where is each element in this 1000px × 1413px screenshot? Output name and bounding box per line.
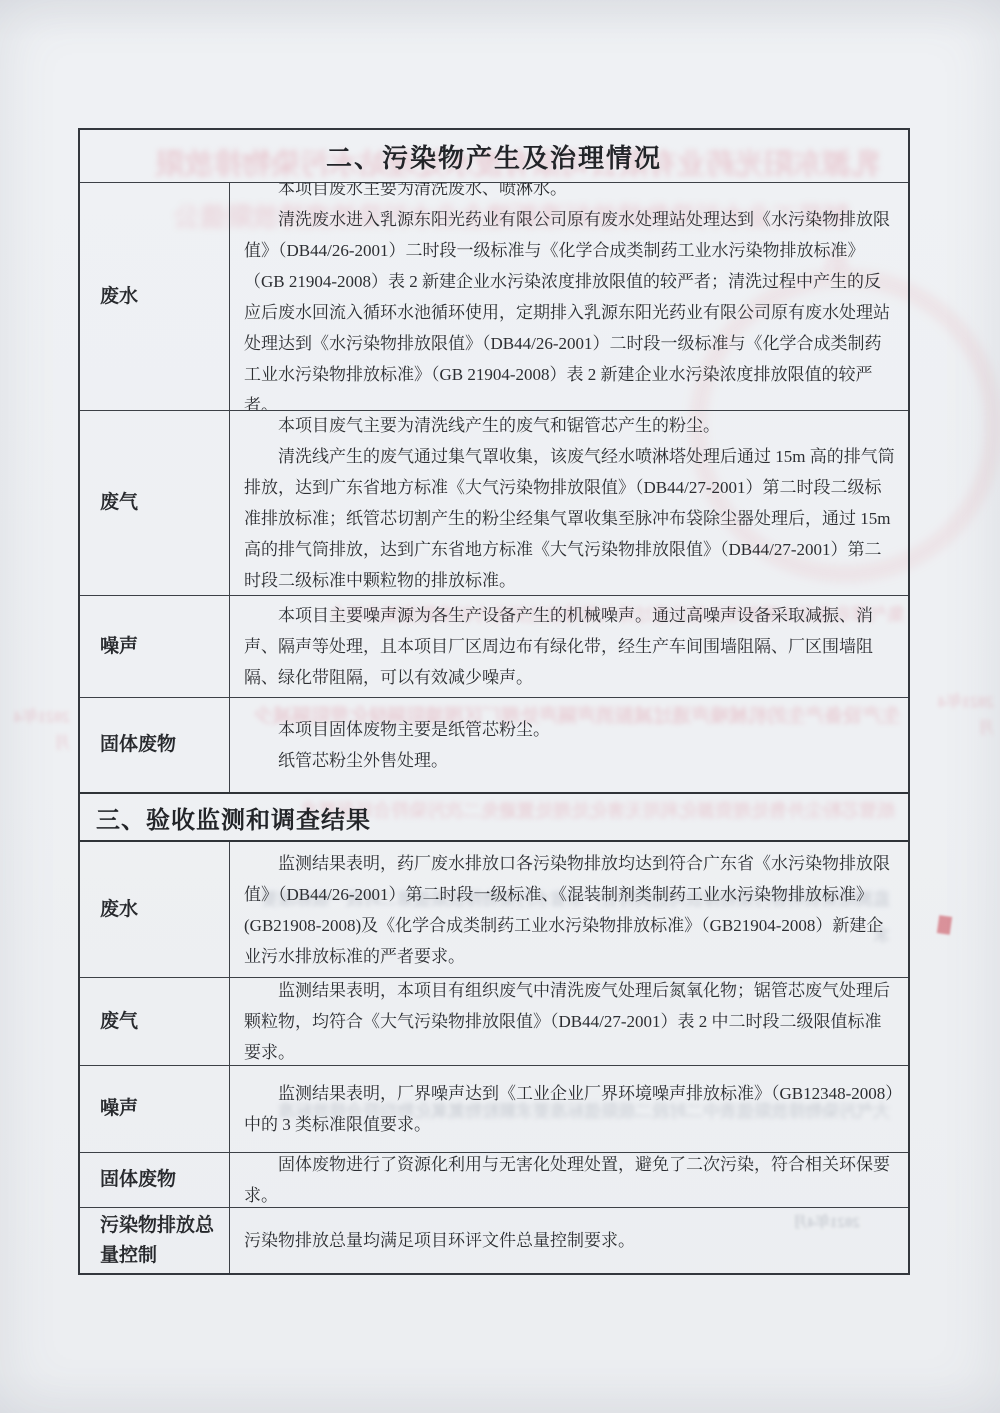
- row-label-wastewater: 废水: [80, 183, 230, 410]
- paragraph: 监测结果表明，本项目有组织废气中清洗废气处理后氮氧化物；锯管芯废气处理后颗粒物，…: [244, 978, 896, 1065]
- paragraph: 污染物排放总量均满足项目环评文件总量控制要求。: [244, 1225, 896, 1256]
- row-content-solid-waste: 本项目固体废物主要是纸管芯粉尘。 纸管芯粉尘外售处理。: [230, 698, 908, 792]
- row-label-solid-waste: 固体废物: [80, 698, 230, 792]
- row-content-noise-result: 监测结果表明，厂界噪声达到《工业企业厂界环境噪声排放标准》（GB12348-20…: [230, 1066, 908, 1152]
- row-label-waste-gas: 废气: [80, 978, 230, 1065]
- paragraph: 监测结果表明，药厂废水排放口各污染物排放均达到符合广东省《水污染物排放限值》（D…: [244, 848, 896, 972]
- red-ink-mark: [937, 915, 952, 935]
- table-row-total-emission-control: 污染物排放总量控制 污染物排放总量均满足项目环评文件总量控制要求。: [80, 1207, 908, 1273]
- bleed-through-text: 2021年4月: [4, 705, 70, 757]
- row-label-noise: 噪声: [80, 596, 230, 697]
- table-row-noise: 噪声 本项目主要噪声源为各生产设备产生的机械噪声。通过高噪声设备采取减振、消声、…: [80, 595, 908, 697]
- table-row-noise-result: 噪声 监测结果表明，厂界噪声达到《工业企业厂界环境噪声排放标准》（GB12348…: [80, 1065, 908, 1152]
- paragraph: 本项目废气主要为清洗线产生的废气和锯管芯产生的粉尘。: [244, 411, 896, 441]
- paragraph: 本项目主要噪声源为各生产设备产生的机械噪声。通过高噪声设备采取减振、消声、隔声等…: [244, 600, 896, 693]
- table-row-waste-gas-result: 废气 监测结果表明，本项目有组织废气中清洗废气处理后氮氧化物；锯管芯废气处理后颗…: [80, 977, 908, 1065]
- row-label-wastewater: 废水: [80, 842, 230, 977]
- row-content-wastewater-result: 监测结果表明，药厂废水排放口各污染物排放均达到符合广东省《水污染物排放限值》（D…: [230, 842, 908, 977]
- section3-title-row: 三、验收监测和调查结果: [80, 792, 908, 842]
- paragraph: 本项目废水主要为清洗废水、喷淋水。: [244, 183, 896, 204]
- section2-title-row: 二、污染物产生及治理情况: [80, 130, 908, 182]
- row-content-waste-gas-result: 监测结果表明，本项目有组织废气中清洗废气处理后氮氧化物；锯管芯废气处理后颗粒物，…: [230, 978, 908, 1065]
- row-content-waste-gas: 本项目废气主要为清洗线产生的废气和锯管芯产生的粉尘。 清洗线产生的废气通过集气罩…: [230, 411, 908, 595]
- paragraph: 固体废物进行了资源化利用与无害化处理处置，避免了二次污染，符合相关环保要求。: [244, 1153, 896, 1207]
- section3-title: 三、验收监测和调查结果: [80, 794, 908, 840]
- row-content-solid-waste-result: 固体废物进行了资源化利用与无害化处理处置，避免了二次污染，符合相关环保要求。: [230, 1153, 908, 1207]
- table-row-waste-gas: 废气 本项目废气主要为清洗线产生的废气和锯管芯产生的粉尘。 清洗线产生的废气通过…: [80, 410, 908, 595]
- row-content-total-emission-control: 污染物排放总量均满足项目环评文件总量控制要求。: [230, 1208, 908, 1273]
- paragraph: 本项目固体废物主要是纸管芯粉尘。: [244, 714, 896, 745]
- table-row-wastewater-result: 废水 监测结果表明，药厂废水排放口各污染物排放均达到符合广东省《水污染物排放限值…: [80, 842, 908, 977]
- table-row-wastewater: 废水 本项目废水主要为清洗废水、喷淋水。 清洗废水进入乳源东阳光药业有限公司原有…: [80, 182, 908, 410]
- table-row-solid-waste-result: 固体废物 固体废物进行了资源化利用与无害化处理处置，避免了二次污染，符合相关环保…: [80, 1152, 908, 1207]
- report-table: 二、污染物产生及治理情况 废水 本项目废水主要为清洗废水、喷淋水。 清洗废水进入…: [78, 128, 910, 1275]
- bleed-through-text: 2021年4月: [930, 690, 994, 742]
- section2-title: 二、污染物产生及治理情况: [80, 130, 908, 182]
- row-label-solid-waste: 固体废物: [80, 1153, 230, 1207]
- row-label-total-emission-control: 污染物排放总量控制: [80, 1208, 230, 1273]
- row-label-noise: 噪声: [80, 1066, 230, 1152]
- row-content-noise: 本项目主要噪声源为各生产设备产生的机械噪声。通过高噪声设备采取减振、消声、隔声等…: [230, 596, 908, 697]
- table-row-solid-waste: 固体废物 本项目固体废物主要是纸管芯粉尘。 纸管芯粉尘外售处理。: [80, 697, 908, 792]
- paragraph: 清洗废水进入乳源东阳光药业有限公司原有废水处理站处理达到《水污染物排放限值》（D…: [244, 204, 896, 411]
- paragraph: 监测结果表明，厂界噪声达到《工业企业厂界环境噪声排放标准》（GB12348-20…: [244, 1078, 896, 1140]
- scanned-page: 乳源东阳光药业有限公司原有废水处理站水污染物排放限 制药工业水污染物排放标准新建…: [0, 0, 1000, 1413]
- row-label-waste-gas: 废气: [80, 411, 230, 595]
- paragraph: 清洗线产生的废气通过集气罩收集，该废气经水喷淋塔处理后通过 15m 高的排气筒排…: [244, 441, 896, 595]
- paragraph: 纸管芯粉尘外售处理。: [244, 745, 896, 776]
- row-content-wastewater: 本项目废水主要为清洗废水、喷淋水。 清洗废水进入乳源东阳光药业有限公司原有废水处…: [230, 183, 908, 410]
